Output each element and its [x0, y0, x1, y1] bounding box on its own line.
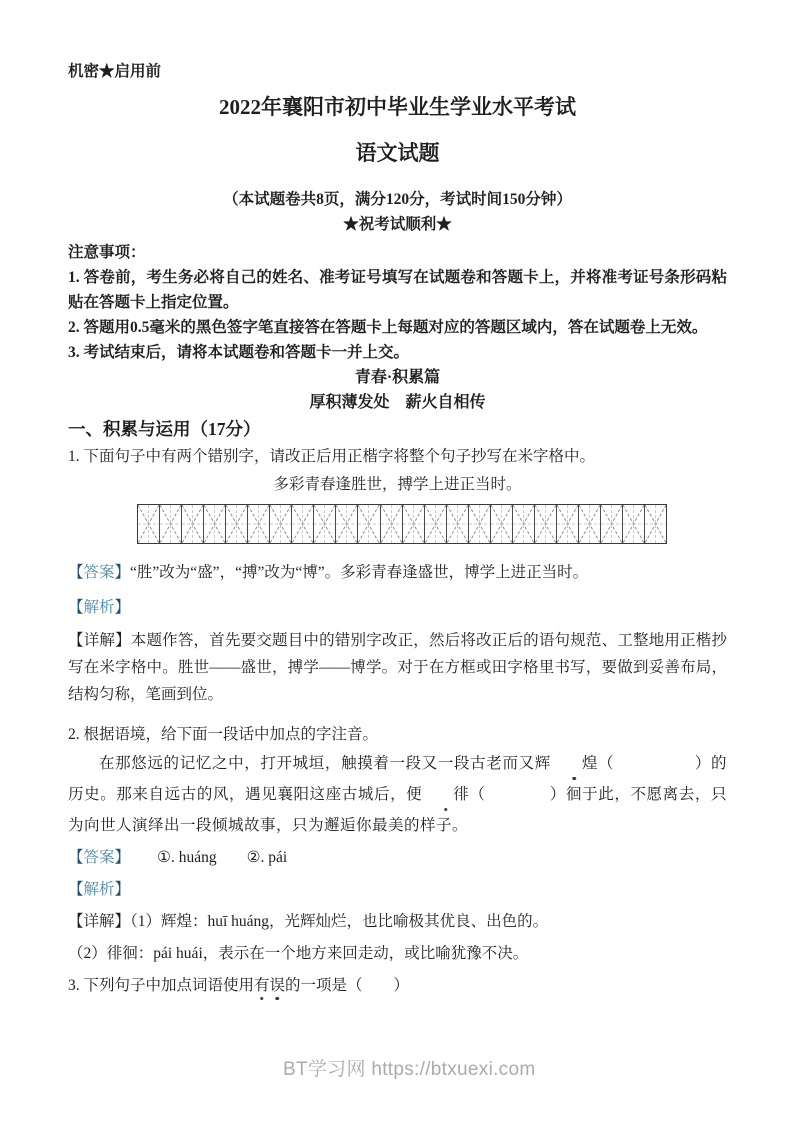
- answer-tag: 【答案】: [68, 849, 130, 866]
- mizige-cell: [358, 505, 380, 543]
- analysis-tag: 【解析】: [68, 599, 130, 616]
- q2-answer-item-1: ①. huáng: [157, 849, 217, 866]
- mizige-cell: [447, 505, 469, 543]
- exam-title: 2022年襄阳市初中毕业生学业水平考试: [68, 93, 727, 121]
- mizige-cell: [469, 505, 491, 543]
- mizige-cell: [425, 505, 447, 543]
- q1-answer-line: 【答案】“胜”改为“盛”，“搏”改为“博”。多彩青春逢盛世，博学上进正当时。: [68, 560, 727, 586]
- analysis-tag: 【解析】: [68, 881, 130, 898]
- mizige-cell: [403, 505, 425, 543]
- watermark-text: BT学习网 https://btxuexi.com: [283, 1059, 535, 1080]
- q2-analysis-line: 【解析】: [68, 877, 727, 903]
- mizige-cell: [513, 505, 535, 543]
- answer-tag: 【答案】: [68, 564, 130, 581]
- notices-heading: 注意事项：: [68, 240, 727, 265]
- unit-motto: 厚积薄发处 薪火自相传: [68, 390, 727, 415]
- mizige-cell: [226, 505, 248, 543]
- mizige-cell: [270, 505, 292, 543]
- mizige-grid: [137, 504, 667, 544]
- notices-block: 注意事项： 1. 答卷前，考生务必将自己的姓名、准考证号填写在试题卷和答题卡上，…: [68, 240, 727, 365]
- mizige-cell: [314, 505, 336, 543]
- confidential-marker: 机密★启用前: [68, 62, 727, 82]
- q2-answer-line: 【答案】①. huáng②. pái: [68, 845, 727, 871]
- q1-answer-text: “胜”改为“盛”，“搏”改为“博”。多彩青春逢盛世，博学上进正当时。: [130, 564, 588, 581]
- mizige-cell: [601, 505, 623, 543]
- mizige-cell: [160, 505, 182, 543]
- q2-detail-line-1: 【详解】（1）辉煌：huī huáng，光辉灿烂，也比喻极其优良、出色的。: [68, 909, 727, 935]
- mizige-cell: [248, 505, 270, 543]
- mizige-cell: [623, 505, 645, 543]
- section-heading: 一、积累与运用（17分）: [68, 416, 727, 443]
- mizige-cell: [138, 505, 160, 543]
- mizige-cell: [336, 505, 358, 543]
- mizige-cell: [491, 505, 513, 543]
- mizige-cell: [557, 505, 579, 543]
- notice-item-1: 1. 答卷前，考生务必将自己的姓名、准考证号填写在试题卷和答题卡上，并将准考证号…: [68, 265, 727, 315]
- q1-detail: 【详解】本题作答，首先要交题目中的错别字改正，然后将改正后的语句规范、工整地用正…: [68, 627, 727, 708]
- q1-stem: 1. 下面句子中有两个错别字，请改正后用正楷字将整个句子抄写在米字格中。: [68, 444, 727, 469]
- notice-item-3: 3. 考试结束后，请将本试题卷和答题卡一并上交。: [68, 340, 727, 365]
- mizige-cell: [292, 505, 314, 543]
- exam-paper-page: 机密★启用前 2022年襄阳市初中毕业生学业水平考试 语文试题 （本试题卷共8页…: [0, 0, 793, 1122]
- q1-sentence: 多彩青春逢胜世，搏学上进正当时。: [68, 472, 727, 497]
- watermark: BT学习网 https://btxuexi.com: [283, 1059, 535, 1081]
- mizige-cell: [579, 505, 601, 543]
- mizige-cell: [645, 505, 666, 543]
- q2-detail-line-2: （2）徘徊：pái huái，表示在一个地方来回走动，或比喻犹豫不决。: [68, 941, 727, 967]
- q1-analysis-line: 【解析】: [68, 595, 727, 621]
- q2-passage: 在那悠远的记忆之中，打开城垣，触摸着一段又一段古老而又辉煌（ ）的历史。那来自远…: [68, 748, 727, 841]
- q3-stem: 3. 下列句子中加点词语使用有误的一项是（ ）: [68, 973, 727, 999]
- mizige-cell: [204, 505, 226, 543]
- unit-title: 青春·积累篇: [68, 365, 727, 390]
- notice-item-2: 2. 答题用0.5毫米的黑色签字笔直接答在答题卡上每题对应的答题区域内，答在试题…: [68, 315, 727, 340]
- paper-meta-line: （本试题卷共8页，满分120分，考试时间150分钟）: [68, 190, 727, 210]
- exam-wish-line: ★祝考试顺利★: [68, 215, 727, 235]
- q2-answer-item-2: ②. pái: [247, 849, 288, 866]
- q2-stem: 2. 根据语境，给下面一段话中加点的字注音。: [68, 722, 727, 747]
- mizige-cell: [535, 505, 557, 543]
- mizige-cell: [381, 505, 403, 543]
- paper-subject-title: 语文试题: [68, 139, 727, 167]
- mizige-cell: [182, 505, 204, 543]
